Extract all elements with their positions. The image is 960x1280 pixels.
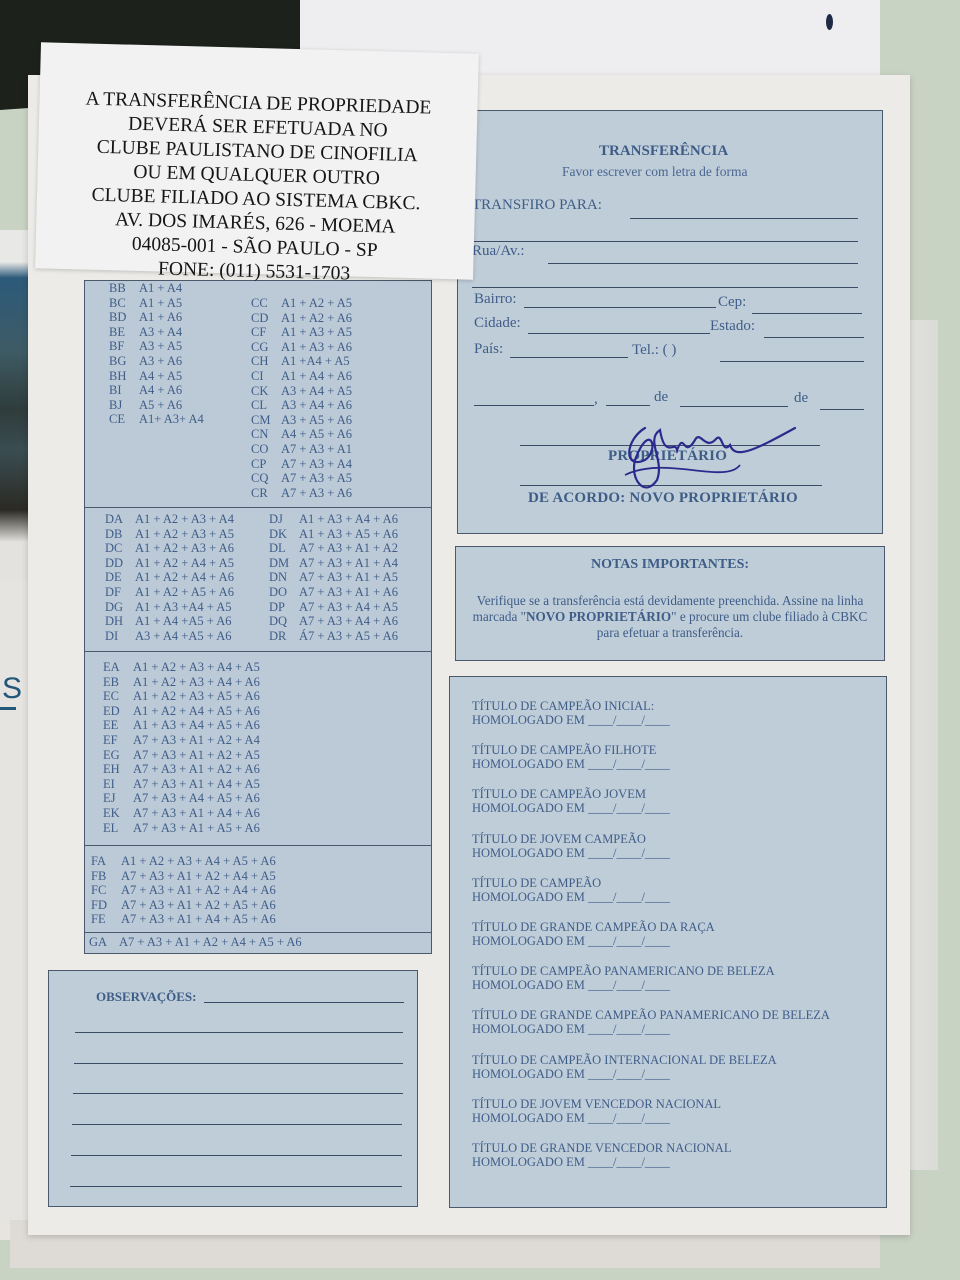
title-label: TÍTULO DE JOVEM VENCEDOR NACIONAL — [472, 1097, 721, 1111]
code-value: A5 + A6 — [139, 398, 182, 412]
code-row: EFA7 + A3 + A1 + A2 + A4 — [103, 733, 260, 748]
code-key: ED — [103, 704, 133, 719]
code-value: A1 + A2 + A4 + A5 + A6 — [133, 704, 260, 718]
date-city-field[interactable] — [474, 405, 594, 406]
code-value: A1 + A4 +A5 + A6 — [135, 614, 232, 628]
code-row: DNA7 + A3 + A1 + A5 — [269, 570, 398, 585]
code-row: CQA7 + A3 + A5 — [251, 471, 352, 486]
code-value: A7 + A3 + A1 + A2 + A4 + A6 — [121, 883, 276, 897]
transfiro-para-label: TRANSFIRO PARA: — [472, 197, 602, 214]
code-value: A7 + A3 + A1 + A2 + A5 — [133, 748, 260, 762]
code-value: A4 + A5 + A6 — [281, 427, 352, 441]
notes-text-bold: NOVO PROPRIETÁRIO — [526, 609, 671, 624]
observacoes-line-5[interactable] — [71, 1155, 402, 1156]
rua-field-2[interactable] — [472, 287, 858, 288]
code-row: CHA1 +A4 + A5 — [251, 354, 350, 369]
code-key: DQ — [269, 614, 299, 629]
code-row: EGA7 + A3 + A1 + A2 + A5 — [103, 748, 260, 763]
code-key: DI — [105, 629, 135, 644]
observacoes-line-1[interactable] — [75, 1032, 403, 1033]
code-value: A7 + A3 + A5 — [281, 471, 352, 485]
tel-label: Tel.: ( ) — [632, 342, 676, 359]
title-label: TÍTULO DE CAMPEÃO INTERNACIONAL DE BELEZ… — [472, 1053, 777, 1067]
code-key: BD — [109, 310, 139, 325]
observacoes-line-2[interactable] — [74, 1063, 403, 1064]
code-row: ELA7 + A3 + A1 + A5 + A6 — [103, 821, 260, 836]
code-value: A4 + A5 — [139, 369, 182, 383]
code-value: A1 + A2 + A3 + A4 — [135, 512, 234, 526]
homologado-date-field[interactable]: HOMOLOGADO EM ____/____/____ — [472, 713, 670, 727]
code-value: A1 + A2 + A3 + A5 — [135, 527, 234, 541]
code-key: DF — [105, 585, 135, 600]
code-row: EHA7 + A3 + A1 + A2 + A6 — [103, 762, 260, 777]
code-row: EJA7 + A3 + A4 + A5 + A6 — [103, 791, 260, 806]
pais-field[interactable] — [510, 357, 628, 358]
date-de-2: de — [794, 390, 808, 407]
code-value: A7 + A3 + A6 — [281, 486, 352, 500]
cep-label: Cep: — [718, 294, 746, 311]
code-row: CMA3 + A5 + A6 — [251, 413, 352, 428]
code-row: BBA1 + A4 — [109, 281, 182, 296]
code-key: CL — [251, 398, 281, 413]
code-row: DKA1 + A3 + A5 + A6 — [269, 527, 398, 542]
code-section-f: FAA1 + A2 + A3 + A4 + A5 + A6FBA7 + A3 +… — [85, 845, 431, 933]
code-row: EEA1 + A3 + A4 + A5 + A6 — [103, 718, 260, 733]
code-key: CG — [251, 340, 281, 355]
observacoes-box: OBSERVAÇÕES: — [48, 970, 418, 1207]
code-key: EL — [103, 821, 133, 836]
code-value: A1 + A3 + A5 — [281, 325, 352, 339]
code-value: A3 + A4 +A5 + A6 — [135, 629, 232, 643]
homologado-date-field[interactable]: HOMOLOGADO EM ____/____/____ — [472, 1155, 670, 1169]
code-row: DEA1 + A2 + A4 + A6 — [105, 570, 234, 585]
code-key: CO — [251, 442, 281, 457]
code-key: DC — [105, 541, 135, 556]
notes-body: Verifique se a transferência está devida… — [466, 593, 874, 641]
code-row: DLA7 + A3 + A1 + A2 — [269, 541, 398, 556]
code-value: A7 + A3 + A1 + A5 + A6 — [133, 821, 260, 835]
code-value: A3 + A4 — [139, 325, 182, 339]
code-key: DK — [269, 527, 299, 542]
code-row: CNA4 + A5 + A6 — [251, 427, 352, 442]
code-row: DMA7 + A3 + A1 + A4 — [269, 556, 398, 571]
code-row: BCA1 + A5 — [109, 296, 182, 311]
code-key: EI — [103, 777, 133, 792]
date-year-field[interactable] — [820, 409, 864, 410]
code-value: A1 + A2 + A3 + A6 — [135, 541, 234, 555]
code-key: BJ — [109, 398, 139, 413]
code-key: DD — [105, 556, 135, 571]
transfiro-para-field-2[interactable] — [472, 241, 858, 242]
code-value: A1 + A2 + A3 + A5 + A6 — [133, 689, 260, 703]
code-key: BH — [109, 369, 139, 384]
code-row: EDA1 + A2 + A4 + A5 + A6 — [103, 704, 260, 719]
code-value: A1 + A3 + A4 + A6 — [299, 512, 398, 526]
code-row: DJA1 + A3 + A4 + A6 — [269, 512, 398, 527]
rua-field[interactable] — [548, 263, 858, 264]
code-key: EB — [103, 675, 133, 690]
code-row: BIA4 + A6 — [109, 383, 182, 398]
code-value: A7 + A3 + A1 + A2 + A4 + A5 + A6 — [119, 935, 302, 949]
code-value: A7 + A3 + A1 + A5 — [299, 570, 398, 584]
code-key: CP — [251, 457, 281, 472]
code-row: BHA4 + A5 — [109, 369, 182, 384]
code-key: DP — [269, 600, 299, 615]
code-key: EA — [103, 660, 133, 675]
homologado-date-field[interactable]: HOMOLOGADO EM ____/____/____ — [472, 801, 670, 815]
code-row: EBA1 + A2 + A3 + A4 + A6 — [103, 675, 260, 690]
code-value: A7 + A3 + A4 — [281, 457, 352, 471]
code-row: CRA7 + A3 + A6 — [251, 486, 352, 501]
code-row: CFA1 + A3 + A5 — [251, 325, 352, 340]
code-row: DOA7 + A3 + A1 + A6 — [269, 585, 398, 600]
homologado-date-field[interactable]: HOMOLOGADO EM ____/____/____ — [472, 934, 670, 948]
title-label: TÍTULO DE JOVEM CAMPEÃO — [472, 832, 646, 846]
tel-field[interactable] — [720, 361, 864, 362]
code-value: A1 + A4 — [139, 281, 182, 295]
code-value: A7 + A3 + A1 + A2 + A4 + A5 — [121, 869, 276, 883]
code-key: DM — [269, 556, 299, 571]
code-row: FBA7 + A3 + A1 + A2 + A4 + A5 — [91, 869, 276, 884]
code-key: CM — [251, 413, 281, 428]
homologado-date-field[interactable]: HOMOLOGADO EM ____/____/____ — [472, 846, 670, 860]
code-row: FAA1 + A2 + A3 + A4 + A5 + A6 — [91, 854, 276, 869]
code-value: A1 + A4 + A6 — [281, 369, 352, 383]
code-value: A3 + A5 — [139, 339, 182, 353]
code-row: CIA1 + A4 + A6 — [251, 369, 352, 384]
observacoes-label: OBSERVAÇÕES: — [96, 989, 196, 1005]
code-row: DIA3 + A4 +A5 + A6 — [105, 629, 232, 644]
code-row: ECA1 + A2 + A3 + A5 + A6 — [103, 689, 260, 704]
code-key: DN — [269, 570, 299, 585]
bairro-field[interactable] — [524, 307, 716, 308]
title-label: TÍTULO DE GRANDE CAMPEÃO DA RAÇA — [472, 920, 715, 934]
title-label: TÍTULO DE CAMPEÃO FILHOTE — [472, 743, 656, 757]
code-key: CE — [109, 412, 139, 427]
code-value: A7 + A3 + A1 + A4 + A6 — [133, 806, 260, 820]
code-key: DO — [269, 585, 299, 600]
code-key: CQ — [251, 471, 281, 486]
transfer-notice-label: A TRANSFERÊNCIA DE PROPRIEDADEDEVERÁ SER… — [35, 42, 479, 279]
code-value: A7 + A3 + A1 — [281, 442, 352, 456]
date-de-1: de — [654, 389, 668, 406]
code-row: DAA1 + A2 + A3 + A4 — [105, 512, 234, 527]
code-key: CC — [251, 296, 281, 311]
pais-label: País: — [474, 341, 503, 358]
code-key: BE — [109, 325, 139, 340]
code-key: CN — [251, 427, 281, 442]
code-row: DQA7 + A3 + A4 + A6 — [269, 614, 398, 629]
code-value: A1 +A4 + A5 — [281, 354, 350, 368]
code-row: COA7 + A3 + A1 — [251, 442, 352, 457]
code-value: A1 + A2 + A4 + A5 — [135, 556, 234, 570]
code-key: CR — [251, 486, 281, 501]
code-row: FDA7 + A3 + A1 + A2 + A5 + A6 — [91, 898, 276, 913]
code-key: DA — [105, 512, 135, 527]
code-value: A1 + A2 + A3 + A4 + A5 + A6 — [121, 854, 276, 868]
code-key: BC — [109, 296, 139, 311]
observacoes-line-6[interactable] — [70, 1186, 402, 1187]
code-section-d: DAA1 + A2 + A3 + A4DBA1 + A2 + A3 + A5DC… — [85, 507, 431, 652]
homologado-date-field[interactable]: HOMOLOGADO EM ____/____/____ — [472, 890, 670, 904]
code-row: CCA1 + A2 + A5 — [251, 296, 352, 311]
date-comma: , — [594, 391, 598, 408]
code-table: BBA1 + A4BCA1 + A5BDA1 + A6BEA3 + A4BFA3… — [84, 280, 432, 954]
code-key: EF — [103, 733, 133, 748]
code-row: DPA7 + A3 + A4 + A5 — [269, 600, 398, 615]
transfer-subtitle: Favor escrever com letra de forma — [562, 164, 748, 180]
code-value: A1 + A2 + A3 + A4 + A6 — [133, 675, 260, 689]
code-row: BJA5 + A6 — [109, 398, 182, 413]
code-key: FA — [91, 854, 121, 869]
date-day-field[interactable] — [606, 405, 650, 406]
code-row: DRÁ7 + A3 + A5 + A6 — [269, 629, 398, 644]
code-row: DBA1 + A2 + A3 + A5 — [105, 527, 234, 542]
code-key: BG — [109, 354, 139, 369]
code-section-b: BBA1 + A4BCA1 + A5BDA1 + A6BEA3 + A4BFA3… — [85, 279, 431, 507]
estado-field[interactable] — [764, 337, 864, 338]
code-value: A3 + A5 + A6 — [281, 413, 352, 427]
code-row: EKA7 + A3 + A1 + A4 + A6 — [103, 806, 260, 821]
code-row: FCA7 + A3 + A1 + A2 + A4 + A6 — [91, 883, 276, 898]
code-key: DJ — [269, 512, 299, 527]
notice-text: A TRANSFERÊNCIA DE PROPRIEDADEDEVERÁ SER… — [35, 86, 478, 289]
title-label: TÍTULO DE CAMPEÃO JOVEM — [472, 787, 646, 801]
novo-proprietario-label: DE ACORDO: NOVO PROPRIETÁRIO — [528, 490, 798, 507]
code-key: EJ — [103, 791, 133, 806]
code-value: A1 + A2 + A4 + A6 — [135, 570, 234, 584]
code-row: EAA1 + A2 + A3 + A4 + A5 — [103, 660, 260, 675]
background-letter: S — [2, 672, 22, 706]
code-key: DB — [105, 527, 135, 542]
code-value: A7 + A3 + A1 + A2 + A5 + A6 — [121, 898, 276, 912]
code-key: CH — [251, 354, 281, 369]
code-value: A1 + A6 — [139, 310, 182, 324]
code-row: DCA1 + A2 + A3 + A6 — [105, 541, 234, 556]
code-key: CD — [251, 311, 281, 326]
code-key: DR — [269, 629, 299, 644]
rua-label: Rua/Av.: — [472, 243, 525, 260]
transfiro-para-field[interactable] — [630, 218, 858, 219]
code-key: CK — [251, 384, 281, 399]
code-value: A3 + A4 + A6 — [281, 398, 352, 412]
title-label: TÍTULO DE CAMPEÃO — [472, 876, 601, 890]
code-value: A1 + A3 + A4 + A5 + A6 — [133, 718, 260, 732]
code-key: BB — [109, 281, 139, 296]
code-row: BEA3 + A4 — [109, 325, 182, 340]
bairro-label: Bairro: — [474, 291, 517, 308]
code-value: A1 + A5 — [139, 296, 182, 310]
code-key: FE — [91, 912, 121, 927]
observacoes-line-0[interactable] — [204, 1002, 404, 1003]
code-section-g: GAA7 + A3 + A1 + A2 + A4 + A5 + A6 — [85, 932, 431, 953]
code-value: A7 + A3 + A1 + A2 + A6 — [133, 762, 260, 776]
code-row: DDA1 + A2 + A4 + A5 — [105, 556, 234, 571]
code-value: A3 + A4 + A5 — [281, 384, 352, 398]
homologado-date-field[interactable]: HOMOLOGADO EM ____/____/____ — [472, 1067, 670, 1081]
code-value: Á7 + A3 + A5 + A6 — [299, 629, 398, 643]
code-value: A7 + A3 + A1 + A4 + A5 — [133, 777, 260, 791]
code-key: DG — [105, 600, 135, 615]
proprietario-label: PROPRIETÁRIO — [608, 448, 727, 465]
code-value: A1+ A3+ A4 — [139, 412, 204, 426]
date-month-field[interactable] — [680, 406, 788, 407]
title-label: TÍTULO DE CAMPEÃO PANAMERICANO DE BELEZA — [472, 964, 775, 978]
code-row: GAA7 + A3 + A1 + A2 + A4 + A5 + A6 — [89, 935, 302, 950]
title-label: TÍTULO DE GRANDE CAMPEÃO PANAMERICANO DE… — [472, 1008, 830, 1022]
titles-box: TÍTULO DE CAMPEÃO INICIAL:HOMOLOGADO EM … — [449, 676, 887, 1208]
homologado-date-field[interactable]: HOMOLOGADO EM ____/____/____ — [472, 1111, 670, 1125]
code-key: FC — [91, 883, 121, 898]
code-key: EE — [103, 718, 133, 733]
code-key: EC — [103, 689, 133, 704]
code-row: DFA1 + A2 + A5 + A6 — [105, 585, 234, 600]
code-value: A1 + A3 +A4 + A5 — [135, 600, 232, 614]
code-value: A4 + A6 — [139, 383, 182, 397]
cidade-field[interactable] — [528, 333, 710, 334]
homologado-date-field[interactable]: HOMOLOGADO EM ____/____/____ — [472, 978, 670, 992]
code-value: A1 + A2 + A5 — [281, 296, 352, 310]
code-section-e: EAA1 + A2 + A3 + A4 + A5EBA1 + A2 + A3 +… — [85, 651, 431, 846]
title-label: TÍTULO DE GRANDE VENCEDOR NACIONAL — [472, 1141, 731, 1155]
code-value: A7 + A3 + A4 + A6 — [299, 614, 398, 628]
observacoes-line-3[interactable] — [73, 1093, 403, 1094]
code-value: A1 + A3 + A5 + A6 — [299, 527, 398, 541]
transfer-box: TRANSFERÊNCIA Favor escrever com letra d… — [457, 110, 883, 534]
code-row: CLA3 + A4 + A6 — [251, 398, 352, 413]
code-row: CDA1 + A2 + A6 — [251, 311, 352, 326]
code-row: BFA3 + A5 — [109, 339, 182, 354]
code-row: BDA1 + A6 — [109, 310, 182, 325]
code-key: EK — [103, 806, 133, 821]
code-key: DL — [269, 541, 299, 556]
code-key: DH — [105, 614, 135, 629]
code-value: A1 + A2 + A6 — [281, 311, 352, 325]
code-key: BI — [109, 383, 139, 398]
code-key: FD — [91, 898, 121, 913]
code-value: A7 + A3 + A4 + A5 + A6 — [133, 791, 260, 805]
code-value: A3 + A6 — [139, 354, 182, 368]
code-key: CF — [251, 325, 281, 340]
code-key: GA — [89, 935, 119, 950]
observacoes-line-4[interactable] — [72, 1124, 402, 1125]
notes-box: NOTAS IMPORTANTES: Verifique se a transf… — [455, 546, 885, 661]
cidade-label: Cidade: — [474, 315, 521, 332]
code-row: CKA3 + A4 + A5 — [251, 384, 352, 399]
code-value: A7 + A3 + A1 + A4 — [299, 556, 398, 570]
code-value: A7 + A3 + A4 + A5 — [299, 600, 398, 614]
code-value: A7 + A3 + A1 + A2 — [299, 541, 398, 555]
code-row: FEA7 + A3 + A1 + A4 + A5 + A6 — [91, 912, 276, 927]
code-value: A1 + A3 + A6 — [281, 340, 352, 354]
code-key: FB — [91, 869, 121, 884]
code-value: A7 + A3 + A1 + A4 + A5 + A6 — [121, 912, 276, 926]
code-key: DE — [105, 570, 135, 585]
code-row: BGA3 + A6 — [109, 354, 182, 369]
code-key: BF — [109, 339, 139, 354]
code-row: CGA1 + A3 + A6 — [251, 340, 352, 355]
proprietario-signature-line[interactable] — [520, 445, 820, 446]
code-row: CPA7 + A3 + A4 — [251, 457, 352, 472]
code-value: A7 + A3 + A1 + A2 + A4 — [133, 733, 260, 747]
code-row: DGA1 + A3 +A4 + A5 — [105, 600, 232, 615]
code-key: CI — [251, 369, 281, 384]
novo-proprietario-signature-line[interactable] — [520, 485, 822, 486]
code-key: EH — [103, 762, 133, 777]
code-row: CEA1+ A3+ A4 — [109, 412, 204, 427]
title-label: TÍTULO DE CAMPEÃO INICIAL: — [472, 699, 654, 713]
ink-dot — [826, 14, 833, 30]
transfer-title: TRANSFERÊNCIA — [599, 143, 728, 160]
code-value: A1 + A2 + A3 + A4 + A5 — [133, 660, 260, 674]
code-value: A7 + A3 + A1 + A6 — [299, 585, 398, 599]
code-row: EIA7 + A3 + A1 + A4 + A5 — [103, 777, 260, 792]
estado-label: Estado: — [710, 318, 755, 335]
code-value: A1 + A2 + A5 + A6 — [135, 585, 234, 599]
notes-title: NOTAS IMPORTANTES: — [456, 557, 884, 573]
background-rule — [0, 707, 16, 710]
code-key: EG — [103, 748, 133, 763]
homologado-date-field[interactable]: HOMOLOGADO EM ____/____/____ — [472, 1022, 670, 1036]
cep-field[interactable] — [752, 313, 862, 314]
homologado-date-field[interactable]: HOMOLOGADO EM ____/____/____ — [472, 757, 670, 771]
code-row: DHA1 + A4 +A5 + A6 — [105, 614, 232, 629]
